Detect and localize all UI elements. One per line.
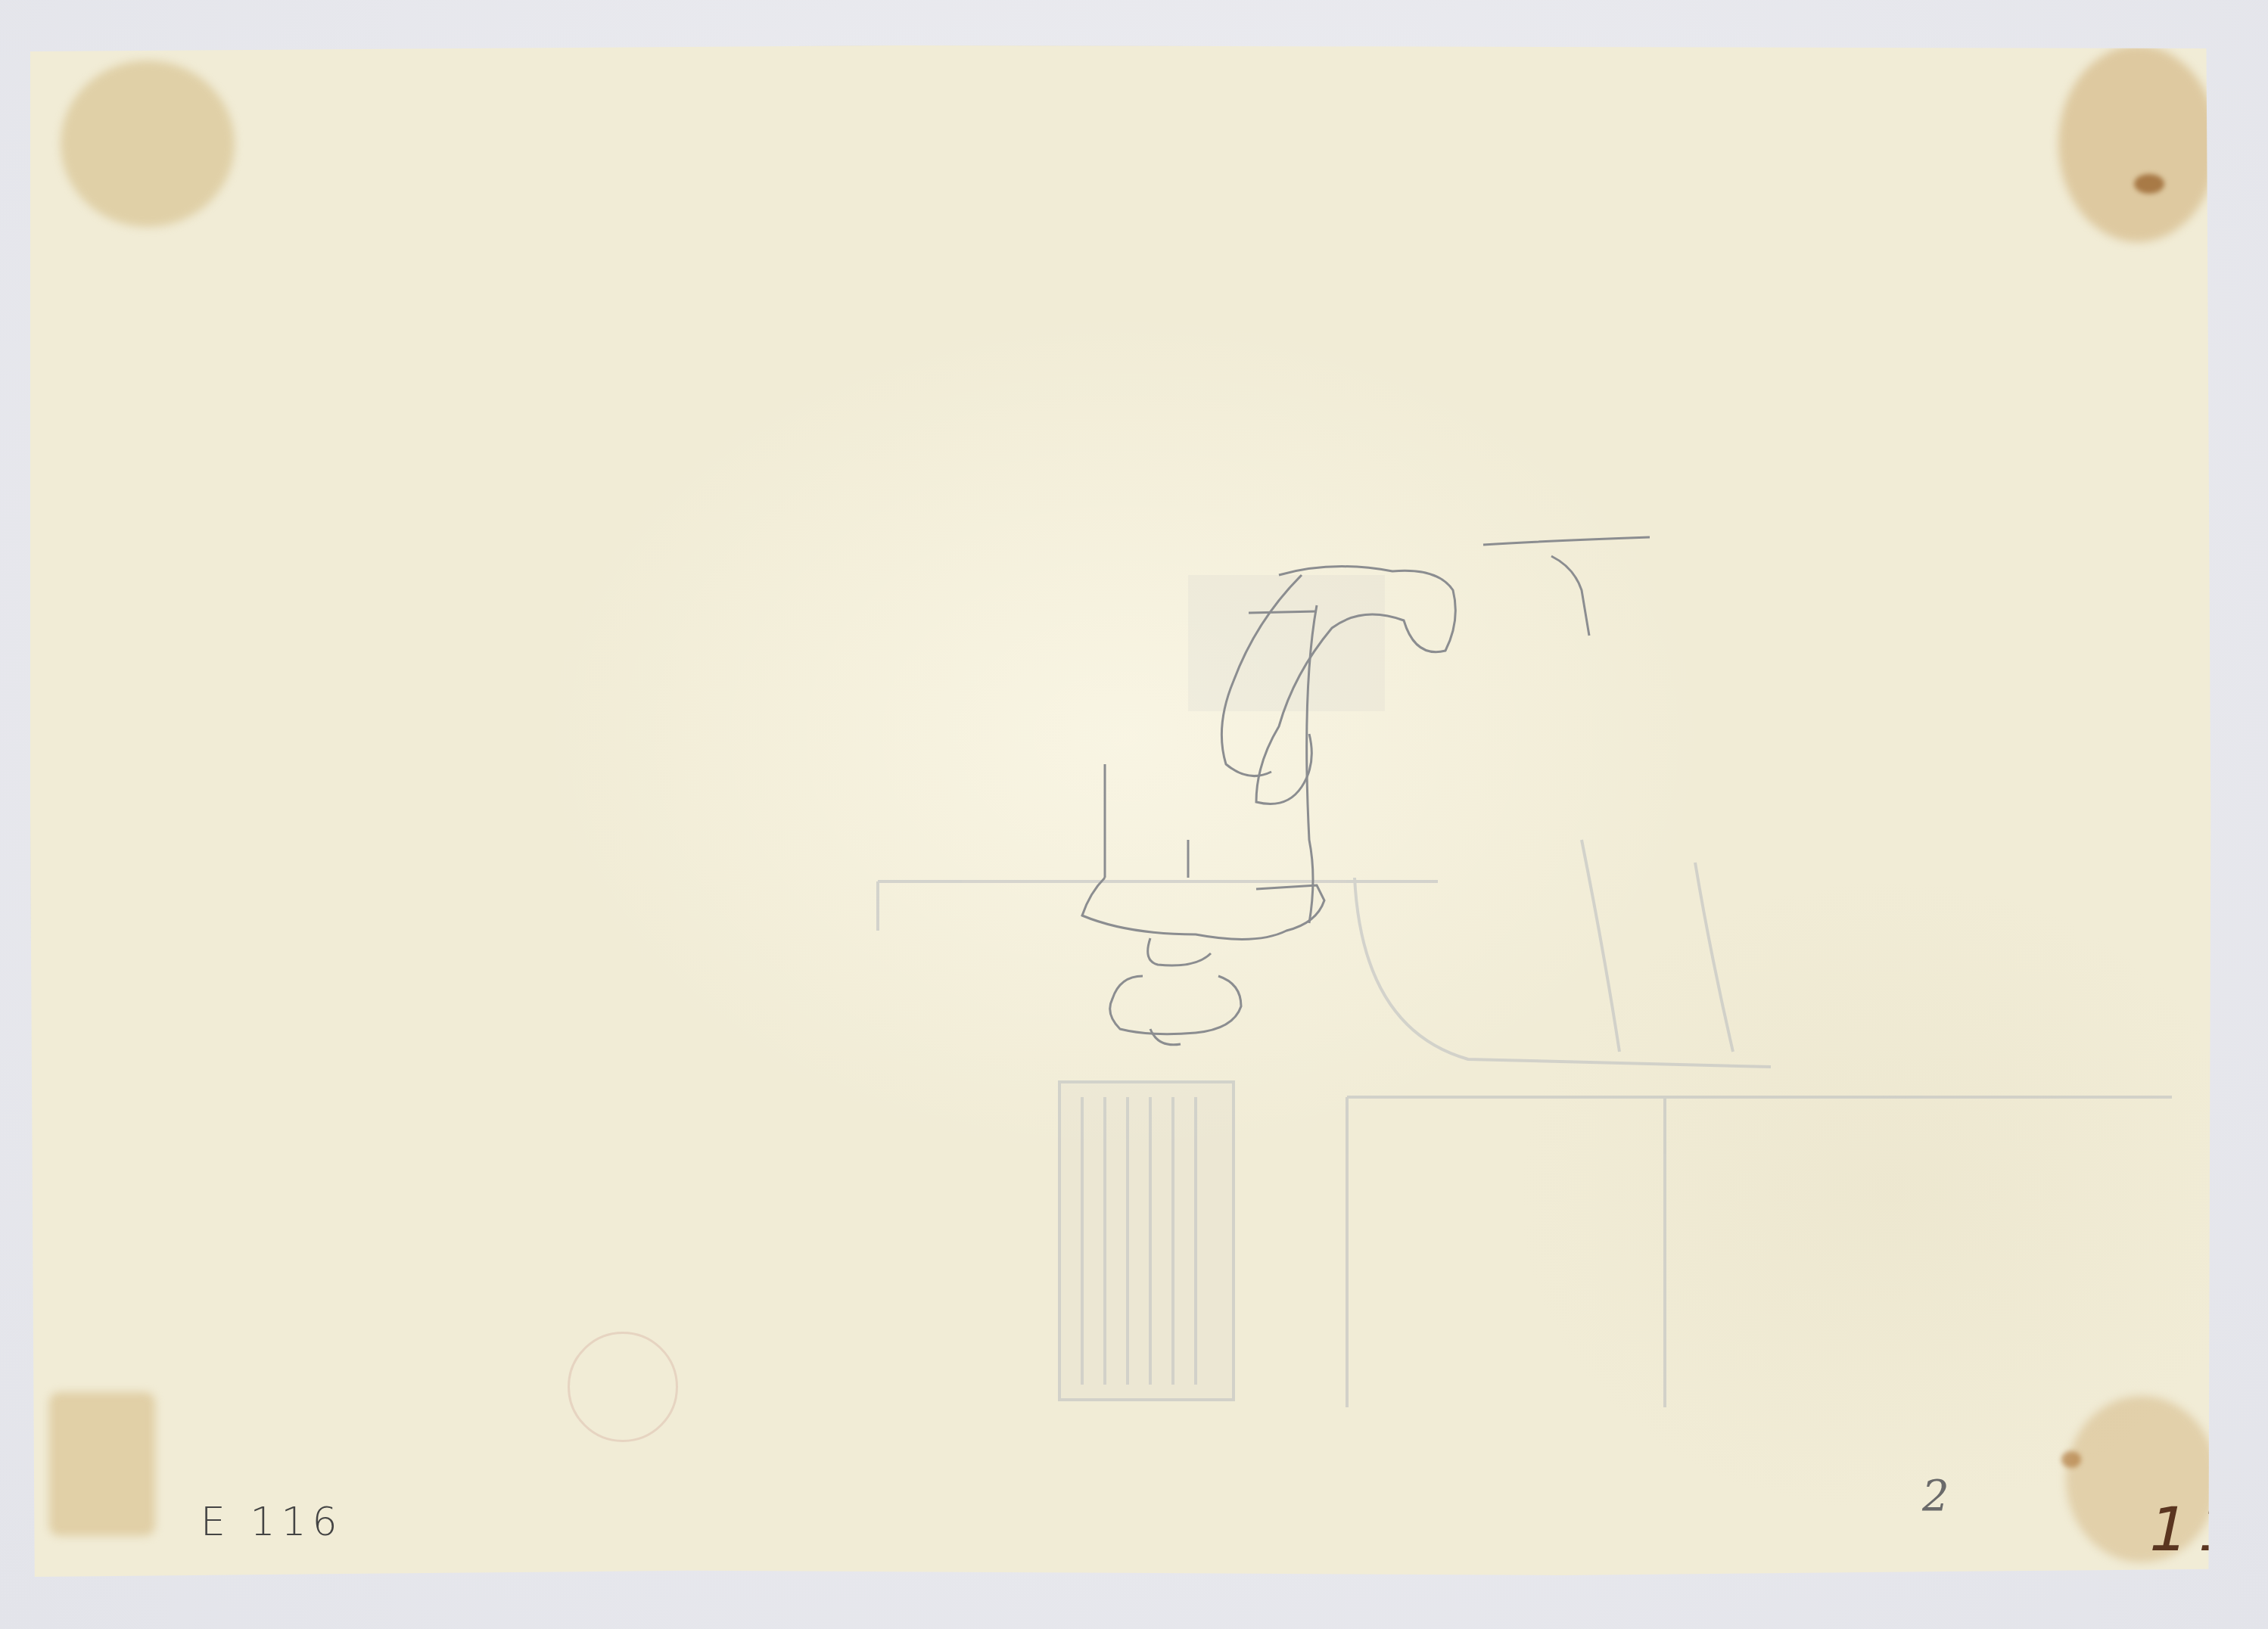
pencil-sketch bbox=[30, 45, 2217, 1581]
paper-sheet: E 116 2 11 cup 19/ bbox=[30, 45, 2217, 1581]
pencil-number: 2 bbox=[1922, 1472, 1949, 1521]
show-through-elevation bbox=[878, 575, 2172, 1407]
inventory-number: E 116 bbox=[201, 1500, 344, 1545]
